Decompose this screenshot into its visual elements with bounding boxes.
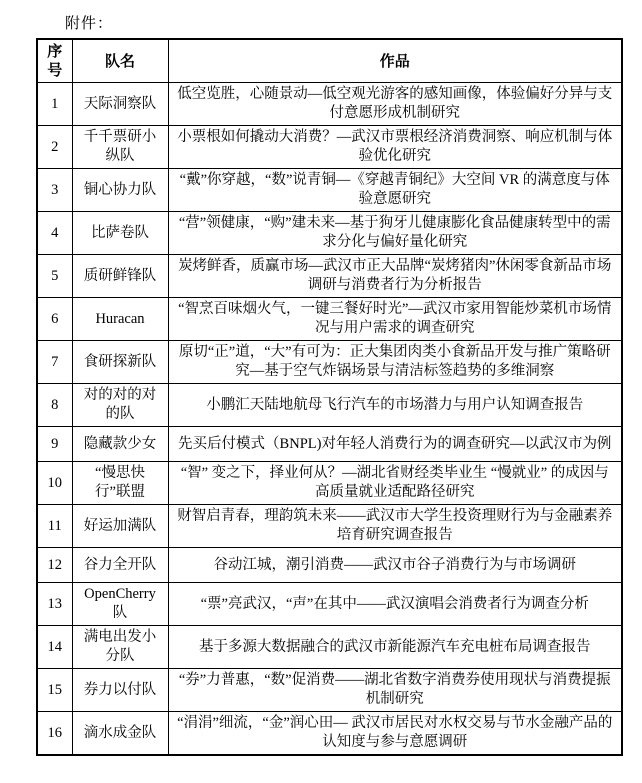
table-row: 9 隐藏款少女 先买后付模式（BNPL)对年轻人消费行为的调查研究—以武汉市为例 <box>37 427 622 462</box>
row-number-cell: 9 <box>37 427 72 462</box>
team-name-cell: 比萨卷队 <box>72 212 168 255</box>
work-title-cell: “涓涓”细流，“金”润心田— 武汉市居民对水权交易与节水金融产品的认知度与参与意… <box>168 712 622 756</box>
table-row: 16 滴水成金队 “涓涓”细流，“金”润心田— 武汉市居民对水权交易与节水金融产… <box>37 712 622 756</box>
row-number-cell: 7 <box>37 341 72 384</box>
team-name-cell: “慢思快行”联盟 <box>72 462 168 505</box>
header-work-title: 作品 <box>168 39 622 83</box>
work-title-cell: 小鹏汇天陆地航母飞行汽车的市场潜力与用户认知调查报告 <box>168 384 622 427</box>
row-number-cell: 15 <box>37 669 72 712</box>
team-name-cell: 好运加满队 <box>72 505 168 548</box>
row-number-cell: 10 <box>37 462 72 505</box>
row-number-cell: 2 <box>37 126 72 169</box>
work-title-cell: “营”领健康，“购”建未来—基于狗牙儿健康膨化食品健康转型中的需求分化与偏好量化… <box>168 212 622 255</box>
work-title-cell: 基于多源大数据融合的武汉市新能源汽车充电桩布局调查报告 <box>168 626 622 669</box>
table-row: 5 质研鲜锋队 炭烤鲜香，质赢市场—武汉市正大品牌“炭烤猪肉”休闲零食新品市场调… <box>37 255 622 298</box>
row-number-cell: 12 <box>37 548 72 583</box>
team-name-cell: 滴水成金队 <box>72 712 168 756</box>
row-number-cell: 13 <box>37 583 72 626</box>
row-number-cell: 8 <box>37 384 72 427</box>
table-row: 11 好运加满队 财智启青春，理韵筑未来——武汉市大学生投资理财行为与金融素养培… <box>37 505 622 548</box>
table-row: 10 “慢思快行”联盟 “智” 变之下，择业何从？—湖北省财经类毕业生 “慢就业… <box>37 462 622 505</box>
header-row: 序号 队名 作品 <box>37 39 622 83</box>
table-row: 8 对的对的对的队 小鹏汇天陆地航母飞行汽车的市场潜力与用户认知调查报告 <box>37 384 622 427</box>
table-row: 4 比萨卷队 “营”领健康，“购”建未来—基于狗牙儿健康膨化食品健康转型中的需求… <box>37 212 622 255</box>
work-title-cell: “戴”你穿越，“数”说青铜—《穿越青铜纪》大空间 VR 的满意度与体验意愿研究 <box>168 169 622 212</box>
table-row: 13 OpenCherry队 “票”亮武汉，“声”在其中——武汉演唱会消费者行为… <box>37 583 622 626</box>
row-number-cell: 6 <box>37 298 72 341</box>
work-title-cell: 先买后付模式（BNPL)对年轻人消费行为的调查研究—以武汉市为例 <box>168 427 622 462</box>
attachment-label: 附件： <box>65 12 113 33</box>
row-number-cell: 14 <box>37 626 72 669</box>
row-number-cell: 4 <box>37 212 72 255</box>
header-team-name: 队名 <box>72 39 168 83</box>
work-title-cell: “智” 变之下，择业何从？—湖北省财经类毕业生 “慢就业” 的成因与高质量就业适… <box>168 462 622 505</box>
table-row: 14 满电出发小分队 基于多源大数据融合的武汉市新能源汽车充电桩布局调查报告 <box>37 626 622 669</box>
teams-table: 序号 队名 作品 1 天际洞察队 低空览胜，心随景动—低空观光游客的感知画像，体… <box>36 38 623 756</box>
row-number-cell: 3 <box>37 169 72 212</box>
team-name-cell: 千千票研小纵队 <box>72 126 168 169</box>
table-row: 3 铜心协力队 “戴”你穿越，“数”说青铜—《穿越青铜纪》大空间 VR 的满意度… <box>37 169 622 212</box>
work-title-cell: “券”力普惠，“数”促消费——湖北省数字消费券使用现状与消费提振机制研究 <box>168 669 622 712</box>
table-row: 7 食研探新队 原切“正”道，“大”有可为：正大集团肉类小食新品开发与推广策略研… <box>37 341 622 384</box>
team-name-cell: 隐藏款少女 <box>72 427 168 462</box>
teams-table-body: 1 天际洞察队 低空览胜，心随景动—低空观光游客的感知画像，体验偏好分异与支付意… <box>37 83 622 756</box>
team-name-cell: 满电出发小分队 <box>72 626 168 669</box>
table-row: 15 券力以付队 “券”力普惠，“数”促消费——湖北省数字消费券使用现状与消费提… <box>37 669 622 712</box>
row-number-cell: 1 <box>37 83 72 126</box>
team-name-cell: Huracan <box>72 298 168 341</box>
team-name-cell: 券力以付队 <box>72 669 168 712</box>
table-row: 2 千千票研小纵队 小票根如何撬动大消费？—武汉市票根经济消费洞察、响应机制与体… <box>37 126 622 169</box>
table-row: 6 Huracan “智烹百味烟火气，一键三餐好时光”—武汉市家用智能炒菜机市场… <box>37 298 622 341</box>
work-title-cell: “票”亮武汉，“声”在其中——武汉演唱会消费者行为调查分析 <box>168 583 622 626</box>
team-name-cell: 质研鲜锋队 <box>72 255 168 298</box>
work-title-cell: “智烹百味烟火气，一键三餐好时光”—武汉市家用智能炒菜机市场情况与用户需求的调查… <box>168 298 622 341</box>
team-name-cell: 食研探新队 <box>72 341 168 384</box>
table-row: 12 谷力全开队 谷动江城，潮引消费——武汉市谷子消费行为与市场调研 <box>37 548 622 583</box>
header-number: 序号 <box>37 39 72 83</box>
work-title-cell: 原切“正”道，“大”有可为：正大集团肉类小食新品开发与推广策略研究—基于空气炸锅… <box>168 341 622 384</box>
table-row: 1 天际洞察队 低空览胜，心随景动—低空观光游客的感知画像，体验偏好分异与支付意… <box>37 83 622 126</box>
work-title-cell: 炭烤鲜香，质赢市场—武汉市正大品牌“炭烤猪肉”休闲零食新品市场调研与消费者行为分… <box>168 255 622 298</box>
team-name-cell: 天际洞察队 <box>72 83 168 126</box>
team-name-cell: OpenCherry队 <box>72 583 168 626</box>
team-name-cell: 对的对的对的队 <box>72 384 168 427</box>
teams-table-header: 序号 队名 作品 <box>37 39 622 83</box>
work-title-cell: 谷动江城，潮引消费——武汉市谷子消费行为与市场调研 <box>168 548 622 583</box>
work-title-cell: 低空览胜，心随景动—低空观光游客的感知画像，体验偏好分异与支付意愿形成机制研究 <box>168 83 622 126</box>
row-number-cell: 16 <box>37 712 72 756</box>
team-name-cell: 铜心协力队 <box>72 169 168 212</box>
row-number-cell: 5 <box>37 255 72 298</box>
work-title-cell: 小票根如何撬动大消费？—武汉市票根经济消费洞察、响应机制与体验优化研究 <box>168 126 622 169</box>
team-name-cell: 谷力全开队 <box>72 548 168 583</box>
work-title-cell: 财智启青春，理韵筑未来——武汉市大学生投资理财行为与金融素养培育研究调查报告 <box>168 505 622 548</box>
row-number-cell: 11 <box>37 505 72 548</box>
